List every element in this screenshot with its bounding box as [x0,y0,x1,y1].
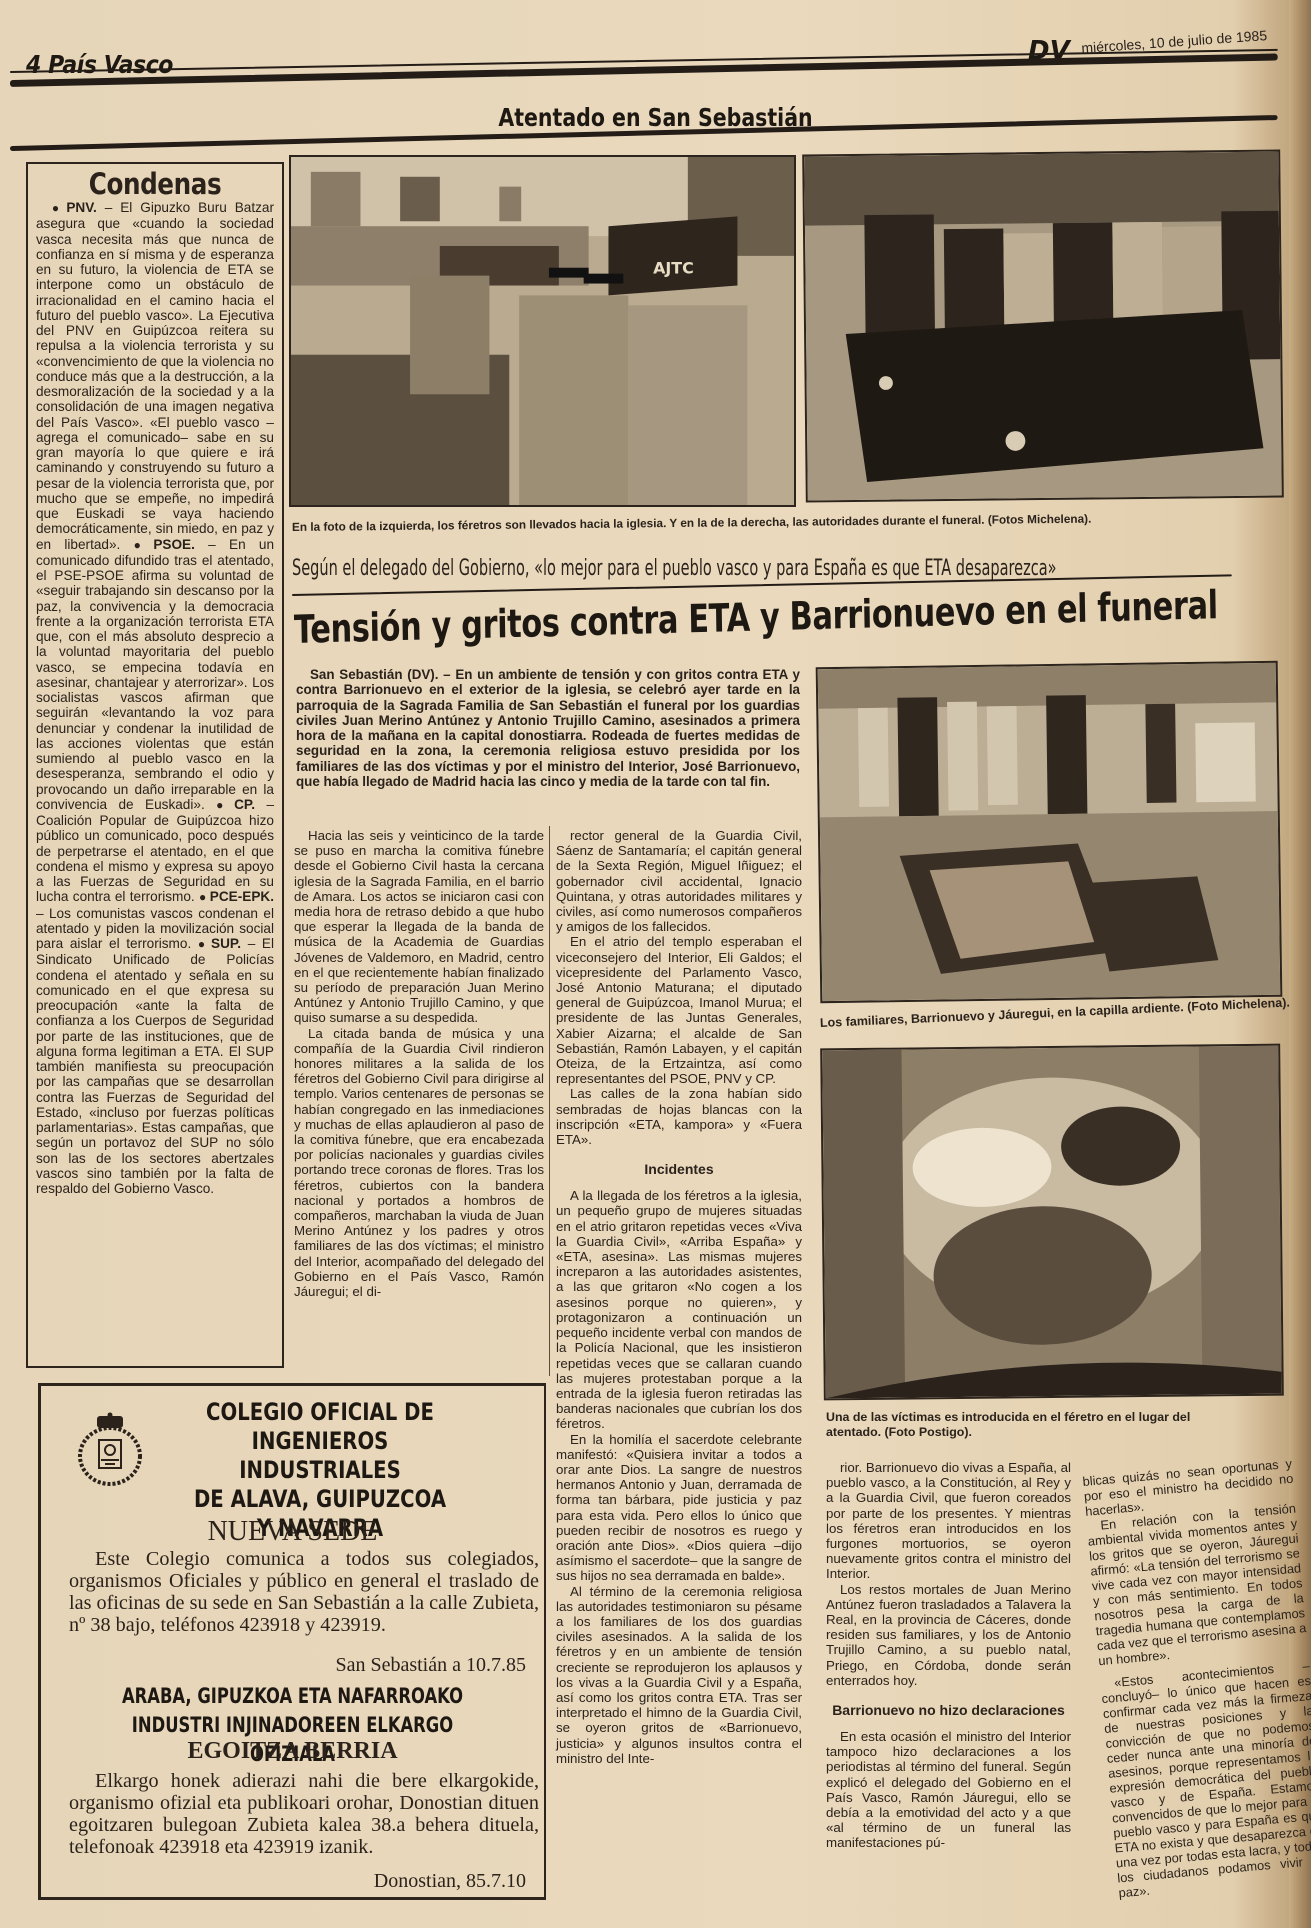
article-subheadline: Según el delegado del Gobierno, «lo mejo… [292,556,1057,581]
photo-coffin-procession: AJTC [289,155,796,507]
section-name: País Vasco [48,50,173,79]
bullet-icon: ● [198,937,208,951]
photo-authorities-funeral [802,150,1284,503]
ad-body-es: Este Colegio comunica a todos sus colegi… [69,1548,539,1636]
article-lead: San Sebastián (DV). – En un ambiente de … [296,667,800,789]
sidebar-item: ●PNV. – El Gipuzko Buru Batzar asegura q… [36,200,274,552]
coffin-initials: AJTC [653,259,694,278]
section-heading-incidentes: Incidentes [556,1161,802,1178]
photo-victim-coffin [820,1044,1284,1401]
article-column-4: blicas quizás no sean oportunas y por es… [1082,1456,1311,1901]
ad-body-eu: Elkargo honek adierazi nahi die bere elk… [69,1770,539,1858]
advertisement-colegio-ingenieros: COLEGIO OFICIAL DE INGENIEROS INDUSTRIAL… [38,1383,546,1900]
sidebar-body: ●PNV. – El Gipuzko Buru Batzar asegura q… [36,200,274,1196]
sidebar-title: Condenas [54,168,256,200]
sidebar-item: ●CP. – Coalición Popular de Guipúzcoa hi… [36,797,274,905]
article-headline: Tensión y gritos contra ETA y Barrionuev… [294,583,1218,653]
section-heading-barrionuevo: Barrionuevo no hizo declaraciones [826,1702,1071,1719]
victim-photo-caption: Una de las víctimas es introducida en el… [826,1410,1246,1440]
newspaper-page: 4 País Vasco DV miércoles, 10 de julio d… [0,0,1311,1928]
top-photos-caption: En la foto de la izquierda, los féretros… [292,510,1272,534]
page-section-header: 4 País Vasco [26,50,173,79]
bullet-icon: ● [216,798,231,812]
ad-date-es: San Sebastián a 10.7.85 [335,1654,526,1677]
page-kicker: Atentado en San Sebastián [118,103,1193,132]
ad-subtitle-eu: EGOITZA BERRIA [41,1738,544,1765]
coat-of-arms-icon [75,1412,145,1488]
condenas-sidebar: Condenas ●PNV. – El Gipuzko Buru Batzar … [26,162,284,1368]
column-divider [549,826,550,1376]
ad-date-eu: Donostian, 85.7.10 [374,1870,526,1893]
header-rule [10,53,1278,87]
photo-capilla-ardiente [816,661,1283,1003]
ad-subtitle-es: NUEVA SEDE [41,1516,544,1548]
bullet-icon: ● [199,890,207,904]
page-number: 4 [26,50,41,79]
sidebar-item: ●PSOE. – En un comunicado difundido tras… [36,537,274,812]
article-column-2: rector general de la Guardia Civil, Sáen… [556,828,802,1766]
article-column-3: rior. Barrionuevo dio vivas a España, al… [826,1460,1071,1851]
bullet-icon: ● [52,201,63,215]
article-column-1: Hacia las seis y veinticinco de la tarde… [294,828,544,1299]
bullet-icon: ● [134,538,151,552]
sidebar-item: ●SUP. – El Sindicato Unificado de Policí… [36,936,274,1196]
